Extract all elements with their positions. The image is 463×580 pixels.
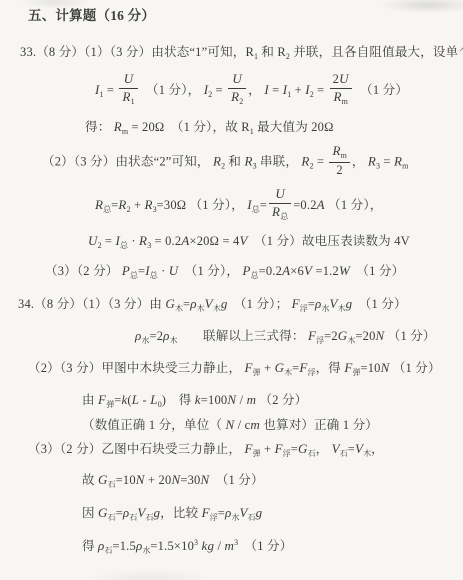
p33-part2-formula: R总=R2 + R3=30Ω （1 分）， I总=UR总=0.2A （1 分）， <box>95 189 382 224</box>
fraction: UR1 <box>119 72 137 107</box>
p34-part3-intro: （3）（2 分）乙图中石块受三力静止， F弹 + F浮=G石， V石=V木， <box>28 441 384 459</box>
p34-part3-weight: 故 G石=10N + 20N=30N （1 分） <box>82 472 264 490</box>
p33-part1-result: 得： Rm = 20Ω （1 分），故 R1 最大值为 20Ω <box>85 119 334 137</box>
p33-part2-voltage: U2 = I总 · R3 = 0.2A×20Ω = 4V （1 分）故电压表读数… <box>88 233 410 251</box>
fraction: 2URm <box>330 72 352 107</box>
p34-part3-compare: 因 G石=ρ石V石g，比较 F浮=ρ水V石g <box>82 505 262 523</box>
p33-part1-intro: 33.（8 分）（1）（3 分）由状态“1”可知，R1 和 R2 并联，且各自阻… <box>20 44 463 62</box>
p33-part2-intro: （2）（3 分）由状态“2”可知， R2 和 R3 串联， R2 = Rm2， … <box>42 146 408 180</box>
p34-part3-result: 得 ρ石=1.5ρ水=1.5×103 kg / m3 （1 分） <box>82 538 292 556</box>
p34-part2-note: （数值正确 1 分，单位（ N / cm 也算对）正确 1 分） <box>82 417 378 434</box>
p33-part3-power: （3）（2 分） P总=I总 · U （1 分）， P总=0.2A×6V =1.… <box>45 263 404 281</box>
p34-part1-intro: 34.（8 分）（1）（3 分）由 G木=ρ木V木g （1 分）； F浮=ρ水V… <box>18 296 407 314</box>
fraction: UR2 <box>228 72 246 107</box>
section-title: 五、计算题（16 分） <box>28 8 155 25</box>
p34-part2-intro: （2）（3 分）甲图中木块受三力静止， F弹 + G木=F浮，得 F弹=10N … <box>28 360 441 378</box>
p34-part1-result: ρ水=2ρ木 联解以上三式得： F浮=2G木=20N （1 分） <box>135 328 436 346</box>
fraction: UR总 <box>269 187 291 222</box>
document-page: 五、计算题（16 分）33.（8 分）（1）（3 分）由状态“1”可知，R1 和… <box>0 0 463 580</box>
p33-part1-formula: I1 = UR1 （1 分）， I2 = UR2， I = I1 + I2 = … <box>95 74 408 109</box>
p34-part2-spring: 由 F弹=k(L - L0) 得 k=100N / m （2 分） <box>82 392 307 410</box>
fraction: Rm2 <box>329 144 349 178</box>
